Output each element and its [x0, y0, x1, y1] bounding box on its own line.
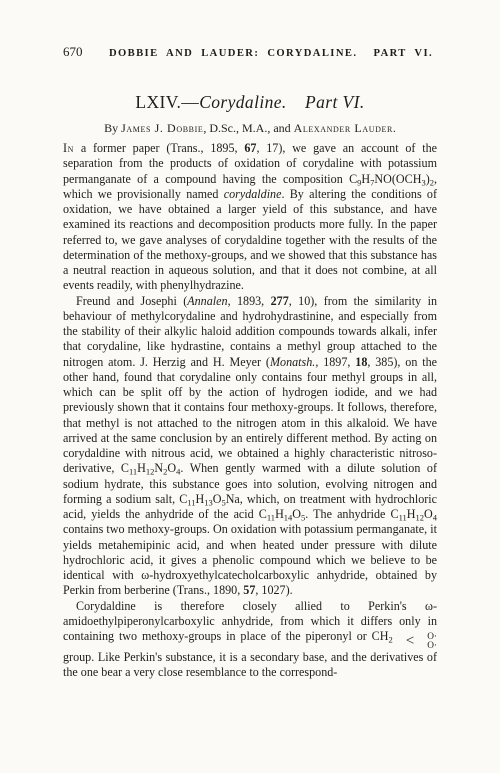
byline: By James J. Dobbie, D.Sc., M.A., and Ale…: [0, 121, 500, 136]
text-run: 57: [243, 583, 255, 597]
text-run: O: [424, 507, 433, 521]
text-run: 12: [416, 513, 425, 523]
text-run: Alexander Lauder: [294, 121, 393, 135]
text-run: . By altering the conditions of oxidatio…: [63, 187, 437, 293]
text-run: LXIV.—: [135, 92, 199, 112]
text-run: , 1893,: [228, 294, 271, 308]
text-run: In: [63, 141, 74, 155]
text-run: 11: [129, 467, 137, 477]
text-run: , D.Sc., M.A., and: [203, 121, 293, 135]
text-run: 4: [433, 513, 437, 523]
text-run: 11: [267, 513, 275, 523]
angle-bracket-glyph: <: [393, 635, 414, 648]
text-run: Monatsh.: [270, 355, 315, 369]
text-run: H: [195, 492, 204, 506]
article-title: LXIV.—Corydaline. Part VI.: [0, 92, 500, 113]
text-run: Corydaldine is therefore closely allied …: [63, 599, 437, 644]
article-body: In a former paper (Trans., 1895, 67, 17)…: [63, 141, 437, 681]
text-run: H: [137, 461, 146, 475]
text-run: Part VI.: [305, 92, 365, 112]
text-run: H: [361, 172, 370, 186]
text-run: [287, 92, 305, 112]
running-title: DOBBIE AND LAUDER: CORYDALINE. PART VI.: [105, 48, 437, 59]
text-run: 18: [355, 355, 367, 369]
text-run: James J. Dobbie: [121, 121, 203, 135]
text-run: .: [393, 121, 396, 135]
text-run: 11: [399, 513, 407, 523]
stacked-atoms: O·O·: [414, 633, 437, 650]
journal-page: 670 DOBBIE AND LAUDER: CORYDALINE. PART …: [0, 0, 500, 773]
text-run: H: [275, 507, 284, 521]
running-header: 670 DOBBIE AND LAUDER: CORYDALINE. PART …: [63, 44, 437, 60]
text-run: a former paper (Trans., 1895,: [74, 141, 244, 155]
text-run: By: [104, 121, 121, 135]
text-run: O: [167, 461, 176, 475]
text-run: N: [154, 461, 163, 475]
text-run: Annalen: [187, 294, 227, 308]
text-run: Corydaline.: [199, 92, 287, 112]
paragraph: Corydaldine is therefore closely allied …: [63, 599, 437, 681]
text-run: 13: [204, 497, 213, 507]
text-run: , 1027).: [255, 583, 292, 597]
text-run: Freund and Josephi (: [76, 294, 187, 308]
text-run: group. Like Perkin's substance, it is a …: [63, 650, 437, 679]
text-run: NO(OCH: [374, 172, 421, 186]
paragraph: In a former paper (Trans., 1895, 67, 17)…: [63, 141, 437, 294]
text-run: . The anhydride C: [305, 507, 398, 521]
paragraph: Freund and Josephi (Annalen, 1893, 277, …: [63, 294, 437, 599]
methylenedioxy-formula: <O·O·: [393, 633, 437, 650]
page-number: 670: [63, 44, 105, 60]
text-run: H: [407, 507, 416, 521]
text-run: corydaldine: [224, 187, 282, 201]
text-run: , 385), on the other hand, found that co…: [63, 355, 437, 476]
text-run: 277: [271, 294, 289, 308]
text-run: , 1897,: [315, 355, 355, 369]
text-run: 67: [244, 141, 256, 155]
text-run: O: [292, 507, 301, 521]
